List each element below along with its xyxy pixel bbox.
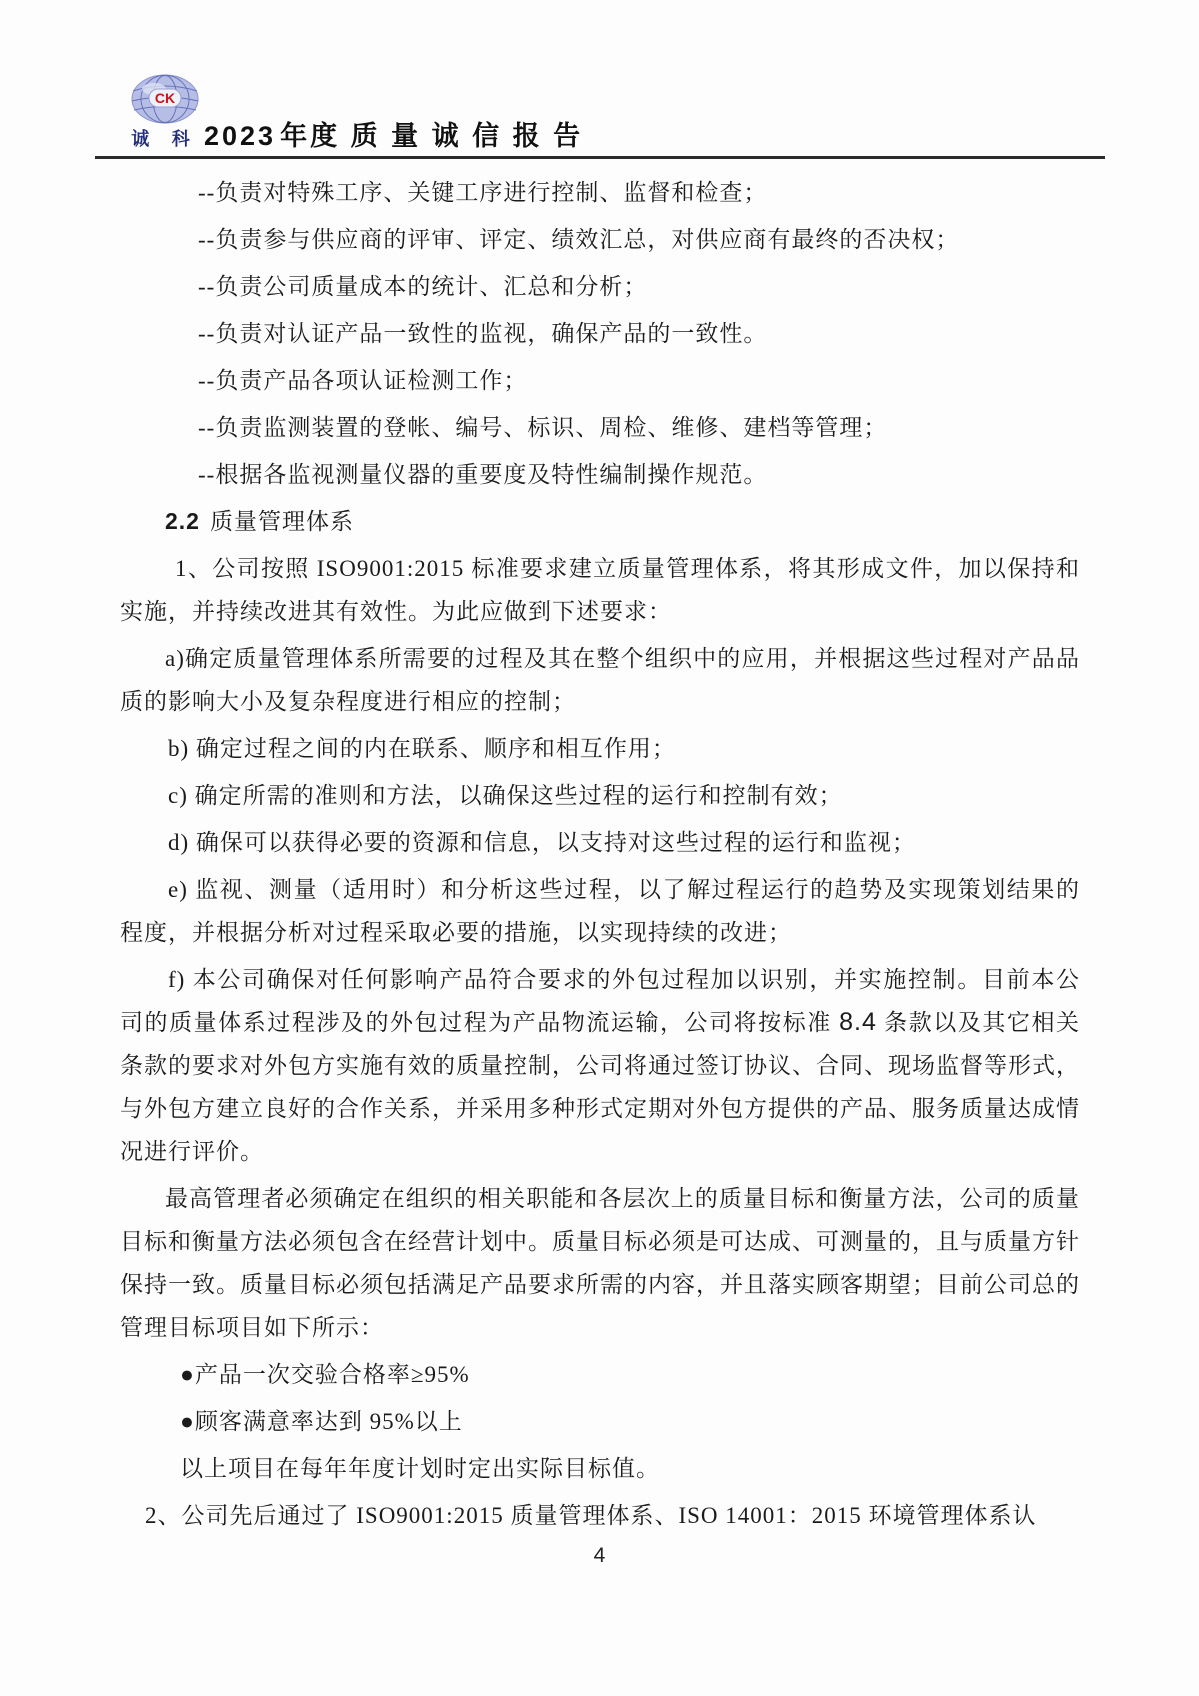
goal-bullet-item: ●产品一次交验合格率≥95% bbox=[120, 1353, 1080, 1396]
report-title-text: 年度 质 量 诚 信 报 告 bbox=[280, 121, 583, 151]
page-number: 4 bbox=[594, 1544, 606, 1567]
list-item-e: e) 监视、测量（适用时）和分析这些过程，以了解过程运行的趋势及实现策划结果的程… bbox=[120, 868, 1080, 954]
item-f-clause-number: 8.4 bbox=[839, 1008, 877, 1036]
document-header: CK 诚 科 2023年度 质 量 诚 信 报 告 bbox=[0, 0, 1199, 151]
list-item-f: f) 本公司确保对任何影响产品符合要求的外包过程加以识别，并实施控制。目前本公司… bbox=[120, 958, 1080, 1173]
paragraph-quality-goals: 最高管理者必须确定在组织的相关职能和各层次上的质量目标和衡量方法，公司的质量目标… bbox=[120, 1177, 1080, 1349]
document-body: --负责对特殊工序、关键工序进行控制、监督和检查； --负责参与供应商的评审、评… bbox=[0, 159, 1199, 1537]
duty-item: --负责监测装置的登帐、编号、标识、周检、维修、建档等管理； bbox=[120, 406, 1080, 449]
duty-item: --负责产品各项认证检测工作； bbox=[120, 359, 1080, 402]
section-title: 质量管理体系 bbox=[210, 509, 354, 534]
duty-item: --负责参与供应商的评审、评定、绩效汇总，对供应商有最终的否决权； bbox=[120, 218, 1080, 261]
document-page: CK 诚 科 2023年度 质 量 诚 信 报 告 --负责对特殊工序、关键工序… bbox=[0, 0, 1199, 1696]
paragraph-certifications: 2、公司先后通过了 ISO9001:2015 质量管理体系、ISO 14001：… bbox=[120, 1494, 1080, 1537]
section-heading: 2.2质量管理体系 bbox=[120, 500, 1080, 543]
duty-item: --负责对认证产品一致性的监视，确保产品的一致性。 bbox=[120, 312, 1080, 355]
company-logo: CK 诚 科 bbox=[128, 72, 202, 151]
logo-company-name: 诚 科 bbox=[128, 125, 202, 151]
paragraph-qms-intro: 1、公司按照 ISO9001:2015 标准要求建立质量管理体系，将其形成文件，… bbox=[120, 547, 1080, 633]
duty-item: --负责对特殊工序、关键工序进行控制、监督和检查； bbox=[120, 171, 1080, 214]
duty-item: --根据各监视测量仪器的重要度及特性编制操作规范。 bbox=[120, 453, 1080, 496]
report-title: 2023年度 质 量 诚 信 报 告 bbox=[204, 114, 583, 153]
report-title-year: 2023 bbox=[204, 121, 276, 151]
duty-item: --负责公司质量成本的统计、汇总和分析； bbox=[120, 265, 1080, 308]
list-item-c: c) 确定所需的准则和方法，以确保这些过程的运行和控制有效； bbox=[120, 774, 1080, 817]
globe-logo-icon: CK bbox=[128, 72, 202, 128]
logo-letters: CK bbox=[155, 90, 175, 106]
list-item-d: d) 确保可以获得必要的资源和信息，以支持对这些过程的运行和监视； bbox=[120, 821, 1080, 864]
section-number: 2.2 bbox=[165, 508, 200, 534]
list-item-a: a)确定质量管理体系所需要的过程及其在整个组织中的应用，并根据这些过程对产品品质… bbox=[120, 637, 1080, 723]
page-footer: 4 bbox=[0, 1544, 1199, 1568]
goals-closing-line: 以上项目在每年年度计划时定出实际目标值。 bbox=[120, 1447, 1080, 1490]
goal-bullet-item: ●顾客满意率达到 95%以上 bbox=[120, 1400, 1080, 1443]
list-item-b: b) 确定过程之间的内在联系、顺序和相互作用； bbox=[120, 727, 1080, 770]
